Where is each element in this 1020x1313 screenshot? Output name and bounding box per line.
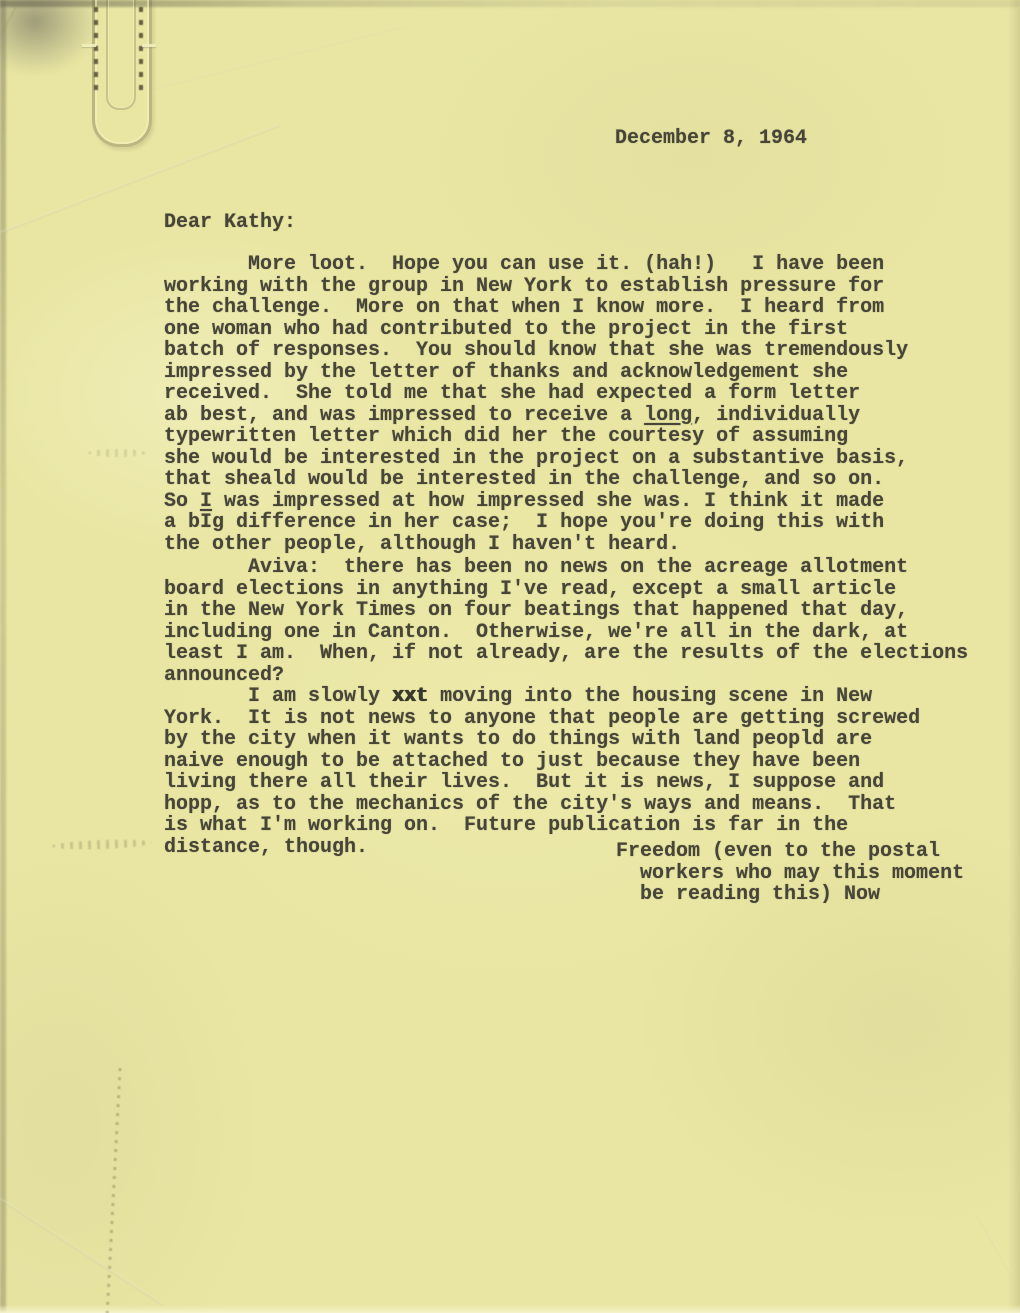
letter-page: December 8, 1964 Dear Kathy: More loot. … <box>0 0 1020 1313</box>
paperclip-imprint <box>92 0 156 152</box>
scan-corner-shadow <box>0 0 100 76</box>
pencil-smudge <box>88 449 146 457</box>
paperclip-emboss-mark <box>142 44 156 47</box>
paper-crease <box>0 1196 164 1307</box>
paperclip-inner-loop <box>106 0 136 110</box>
letter-paragraph-2: Aviva: there has been no news on the acr… <box>164 557 984 686</box>
pencil-smudge <box>52 838 152 850</box>
scan-edge-left <box>0 0 6 1313</box>
letter-date: December 8, 1964 <box>615 128 807 150</box>
letter-paragraph-3: I am slowly xxt moving into the housing … <box>164 686 964 858</box>
paper-crease <box>154 25 407 90</box>
letter-paragraph-1: More loot. Hope you can use it. (hah!) I… <box>164 254 964 555</box>
paperclip-rust-specks <box>94 0 98 98</box>
letter-closing: Freedom (even to the postal workers who … <box>616 841 996 906</box>
scan-edge-bottom <box>0 1305 1020 1313</box>
letter-salutation: Dear Kathy: <box>164 212 296 234</box>
paperclip-emboss-mark <box>82 44 96 47</box>
scan-edge-right <box>1008 0 1020 1313</box>
